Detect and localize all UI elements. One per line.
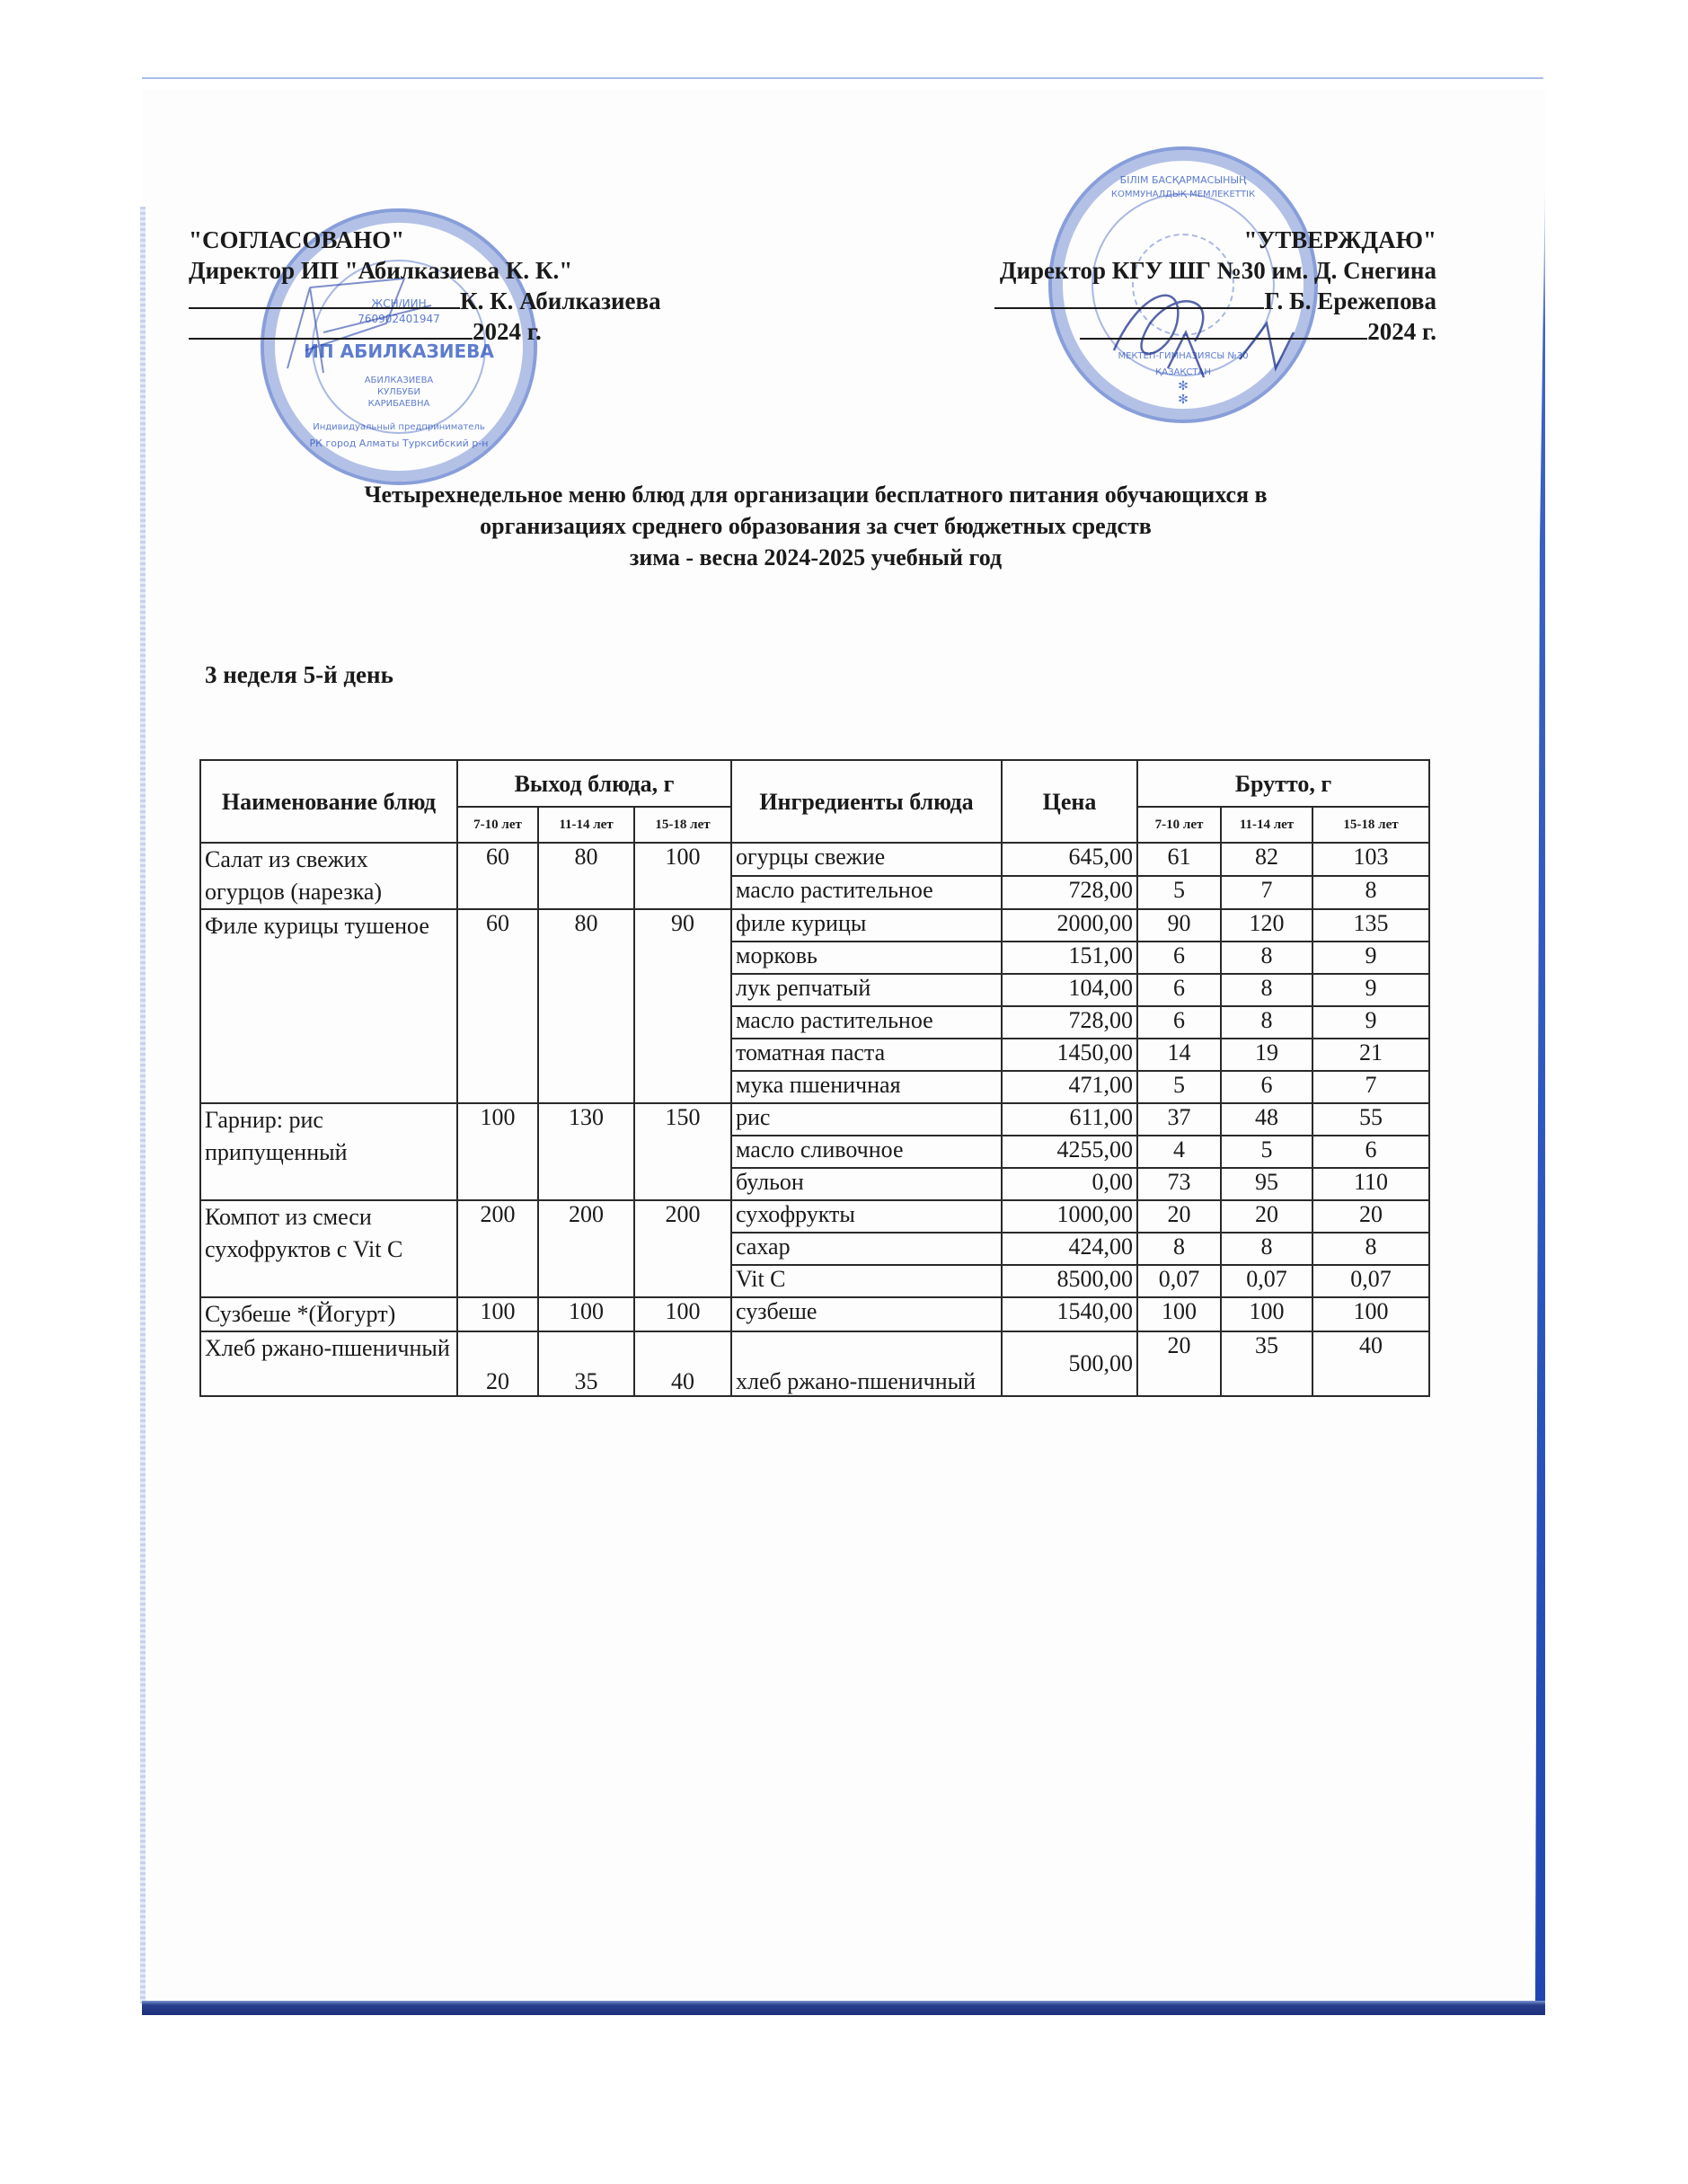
ingredient-gross: 73: [1137, 1168, 1221, 1200]
ingredient-name: огурцы свежие: [731, 843, 1002, 876]
dish-yield: 60: [457, 909, 538, 1103]
ingredient-name: сухофрукты: [731, 1200, 1002, 1233]
approval-right-name: Г. Б. Ережепова: [1264, 287, 1436, 314]
ingredient-price: 424,00: [1002, 1233, 1137, 1265]
ingredient-gross: 9: [1312, 1006, 1429, 1039]
ingredient-gross: 4: [1137, 1136, 1221, 1168]
ingredient-gross: 5: [1221, 1136, 1312, 1168]
ingredient-name: филе курицы: [731, 909, 1002, 942]
ingredient-gross: 0,07: [1221, 1265, 1312, 1297]
ingredient-gross: 110: [1312, 1168, 1429, 1200]
header-gross: Брутто, г: [1137, 760, 1429, 807]
dish-yield: 100: [538, 1297, 634, 1331]
ingredient-gross: 5: [1137, 876, 1221, 909]
dish-yield: 100: [457, 1103, 538, 1200]
ingredient-gross: 21: [1312, 1039, 1429, 1071]
ingredient-name: Vit C: [731, 1265, 1002, 1297]
dish-name: Филе курицы тушеное: [200, 909, 457, 1103]
menu-table: Наименование блюд Выход блюда, г Ингреди…: [199, 759, 1430, 1397]
table-row: Филе курицы тушеное608090филе курицы2000…: [200, 909, 1429, 942]
ingredient-price: 104,00: [1002, 974, 1137, 1006]
header-age: 15-18 лет: [634, 807, 731, 843]
dish-yield: 150: [634, 1103, 731, 1200]
ingredient-gross: 19: [1221, 1039, 1312, 1071]
scan-edge-left: [140, 207, 146, 2003]
approval-left-position: Директор ИП "Абилказиева К. К.": [189, 255, 661, 286]
ingredient-gross: 14: [1137, 1039, 1221, 1071]
dish-yield: 80: [538, 909, 634, 1103]
ingredient-gross: 135: [1312, 909, 1429, 942]
dish-name: Салат из свежих огурцов (нарезка): [200, 843, 457, 909]
dish-yield: 40: [634, 1331, 731, 1396]
ingredient-name: рис: [731, 1103, 1002, 1136]
signature-line: [994, 289, 1264, 309]
ingredient-gross: 95: [1221, 1168, 1312, 1200]
ingredient-gross: 8: [1312, 1233, 1429, 1265]
scan-edge-bottom: [142, 2001, 1545, 2015]
ingredient-name: сузбеше: [731, 1297, 1002, 1331]
ingredient-name: лук репчатый: [731, 974, 1002, 1006]
ingredient-gross: 20: [1137, 1331, 1221, 1396]
document-title: Четырехнедельное меню блюд для организац…: [142, 479, 1489, 573]
ingredient-gross: 9: [1312, 942, 1429, 974]
ingredient-gross: 20: [1312, 1200, 1429, 1233]
title-line: Четырехнедельное меню блюд для организац…: [142, 479, 1489, 510]
ingredient-gross: 61: [1137, 843, 1221, 876]
ingredient-gross: 55: [1312, 1103, 1429, 1136]
signature-line: [189, 289, 460, 309]
header-age: 7-10 лет: [1137, 807, 1221, 843]
ingredient-price: 1000,00: [1002, 1200, 1137, 1233]
ingredient-gross: 100: [1312, 1297, 1429, 1331]
ingredient-price: 728,00: [1002, 876, 1137, 909]
ingredient-gross: 37: [1137, 1103, 1221, 1136]
table-row: Салат из свежих огурцов (нарезка)6080100…: [200, 843, 1429, 876]
ingredient-gross: 8: [1312, 876, 1429, 909]
header-age: 11-14 лет: [538, 807, 634, 843]
ingredient-name: масло растительное: [731, 1006, 1002, 1039]
ingredient-name: мука пшеничная: [731, 1071, 1002, 1103]
ingredient-gross: 40: [1312, 1331, 1429, 1396]
table-row: Сузбеше *(Йогурт)100100100сузбеше1540,00…: [200, 1297, 1429, 1331]
dish-yield: 90: [634, 909, 731, 1103]
ingredient-gross: 8: [1221, 974, 1312, 1006]
ingredient-gross: 100: [1137, 1297, 1221, 1331]
ingredient-price: 2000,00: [1002, 909, 1137, 942]
approval-right-title: "УТВЕРЖДАЮ": [994, 225, 1436, 255]
ingredient-gross: 120: [1221, 909, 1312, 942]
ingredient-price: 1540,00: [1002, 1297, 1137, 1331]
approval-left: "СОГЛАСОВАНО" Директор ИП "Абилказиева К…: [189, 225, 661, 347]
header-price: Цена: [1002, 760, 1137, 843]
ingredient-name: масло сливочное: [731, 1136, 1002, 1168]
dish-name: Сузбеше *(Йогурт): [200, 1297, 457, 1331]
approval-left-title: "СОГЛАСОВАНО": [189, 225, 661, 255]
ingredient-price: 1450,00: [1002, 1039, 1137, 1071]
approval-left-year: 2024 г.: [473, 318, 542, 345]
ingredient-gross: 90: [1137, 909, 1221, 942]
ingredient-gross: 20: [1221, 1200, 1312, 1233]
ingredient-gross: 35: [1221, 1331, 1312, 1396]
ingredient-price: 500,00: [1002, 1331, 1137, 1396]
header-age: 15-18 лет: [1312, 807, 1429, 843]
ingredient-gross: 6: [1137, 1006, 1221, 1039]
dish-yield: 100: [457, 1297, 538, 1331]
table-row: Компот из смеси сухофруктов с Vit C20020…: [200, 1200, 1429, 1233]
ingredient-name: масло растительное: [731, 876, 1002, 909]
table-row: Хлеб ржано-пшеничный203540хлеб ржано-пше…: [200, 1331, 1429, 1396]
ingredient-gross: 0,07: [1312, 1265, 1429, 1297]
header-dish: Наименование блюд: [200, 760, 457, 843]
dish-yield: 130: [538, 1103, 634, 1200]
ingredient-gross: 103: [1312, 843, 1429, 876]
title-line: организациях среднего образования за сче…: [142, 510, 1489, 542]
ingredient-gross: 100: [1221, 1297, 1312, 1331]
dish-name: Компот из смеси сухофруктов с Vit C: [200, 1200, 457, 1297]
dish-name: Гарнир: рис припущенный: [200, 1103, 457, 1200]
dish-name: Хлеб ржано-пшеничный: [200, 1331, 457, 1396]
ingredient-price: 728,00: [1002, 1006, 1137, 1039]
ingredient-price: 611,00: [1002, 1103, 1137, 1136]
header-age: 7-10 лет: [457, 807, 538, 843]
ingredient-gross: 8: [1221, 942, 1312, 974]
dish-yield: 200: [538, 1200, 634, 1297]
dish-yield: 100: [634, 1297, 731, 1331]
ingredient-gross: 48: [1221, 1103, 1312, 1136]
ingredient-price: 645,00: [1002, 843, 1137, 876]
ingredient-gross: 6: [1221, 1071, 1312, 1103]
ingredient-name: морковь: [731, 942, 1002, 974]
ingredient-price: 151,00: [1002, 942, 1137, 974]
header-ingredients: Ингредиенты блюда: [731, 760, 1002, 843]
date-line: [1080, 320, 1367, 340]
dish-yield: 200: [457, 1200, 538, 1297]
dish-yield: 80: [538, 843, 634, 909]
ingredient-gross: 82: [1221, 843, 1312, 876]
ingredient-name: хлеб ржано-пшеничный: [731, 1331, 1002, 1396]
approval-right-position: Директор КГУ ШГ №30 им. Д. Снегина: [994, 255, 1436, 286]
ingredient-gross: 7: [1312, 1071, 1429, 1103]
dish-yield: 100: [634, 843, 731, 909]
ingredient-name: томатная паста: [731, 1039, 1002, 1071]
table-row: Гарнир: рис припущенный100130150рис611,0…: [200, 1103, 1429, 1136]
approval-right-year: 2024 г.: [1367, 318, 1436, 345]
approval-right: "УТВЕРЖДАЮ" Директор КГУ ШГ №30 им. Д. С…: [994, 225, 1436, 347]
approval-left-name: К. К. Абилказиева: [460, 287, 661, 314]
ingredient-name: бульон: [731, 1168, 1002, 1200]
day-label: 3 неделя 5-й день: [205, 661, 393, 689]
ingredient-gross: 9: [1312, 974, 1429, 1006]
ingredient-gross: 8: [1221, 1233, 1312, 1265]
ingredient-price: 4255,00: [1002, 1136, 1137, 1168]
dish-yield: 200: [634, 1200, 731, 1297]
ingredient-price: 8500,00: [1002, 1265, 1137, 1297]
header-age: 11-14 лет: [1221, 807, 1312, 843]
date-line: [189, 320, 473, 340]
ingredient-price: 471,00: [1002, 1071, 1137, 1103]
dish-yield: 20: [457, 1331, 538, 1396]
ingredient-price: 0,00: [1002, 1168, 1137, 1200]
ingredient-name: сахар: [731, 1233, 1002, 1265]
title-line: зима - весна 2024-2025 учебный год: [142, 542, 1489, 573]
ingredient-gross: 0,07: [1137, 1265, 1221, 1297]
scan-edge-top: [142, 77, 1543, 79]
ingredient-gross: 7: [1221, 876, 1312, 909]
dish-yield: 60: [457, 843, 538, 909]
ingredient-gross: 8: [1137, 1233, 1221, 1265]
ingredient-gross: 6: [1137, 942, 1221, 974]
ingredient-gross: 20: [1137, 1200, 1221, 1233]
dish-yield: 35: [538, 1331, 634, 1396]
ingredient-gross: 6: [1312, 1136, 1429, 1168]
header-yield: Выход блюда, г: [457, 760, 731, 807]
ingredient-gross: 8: [1221, 1006, 1312, 1039]
ingredient-gross: 6: [1137, 974, 1221, 1006]
ingredient-gross: 5: [1137, 1071, 1221, 1103]
